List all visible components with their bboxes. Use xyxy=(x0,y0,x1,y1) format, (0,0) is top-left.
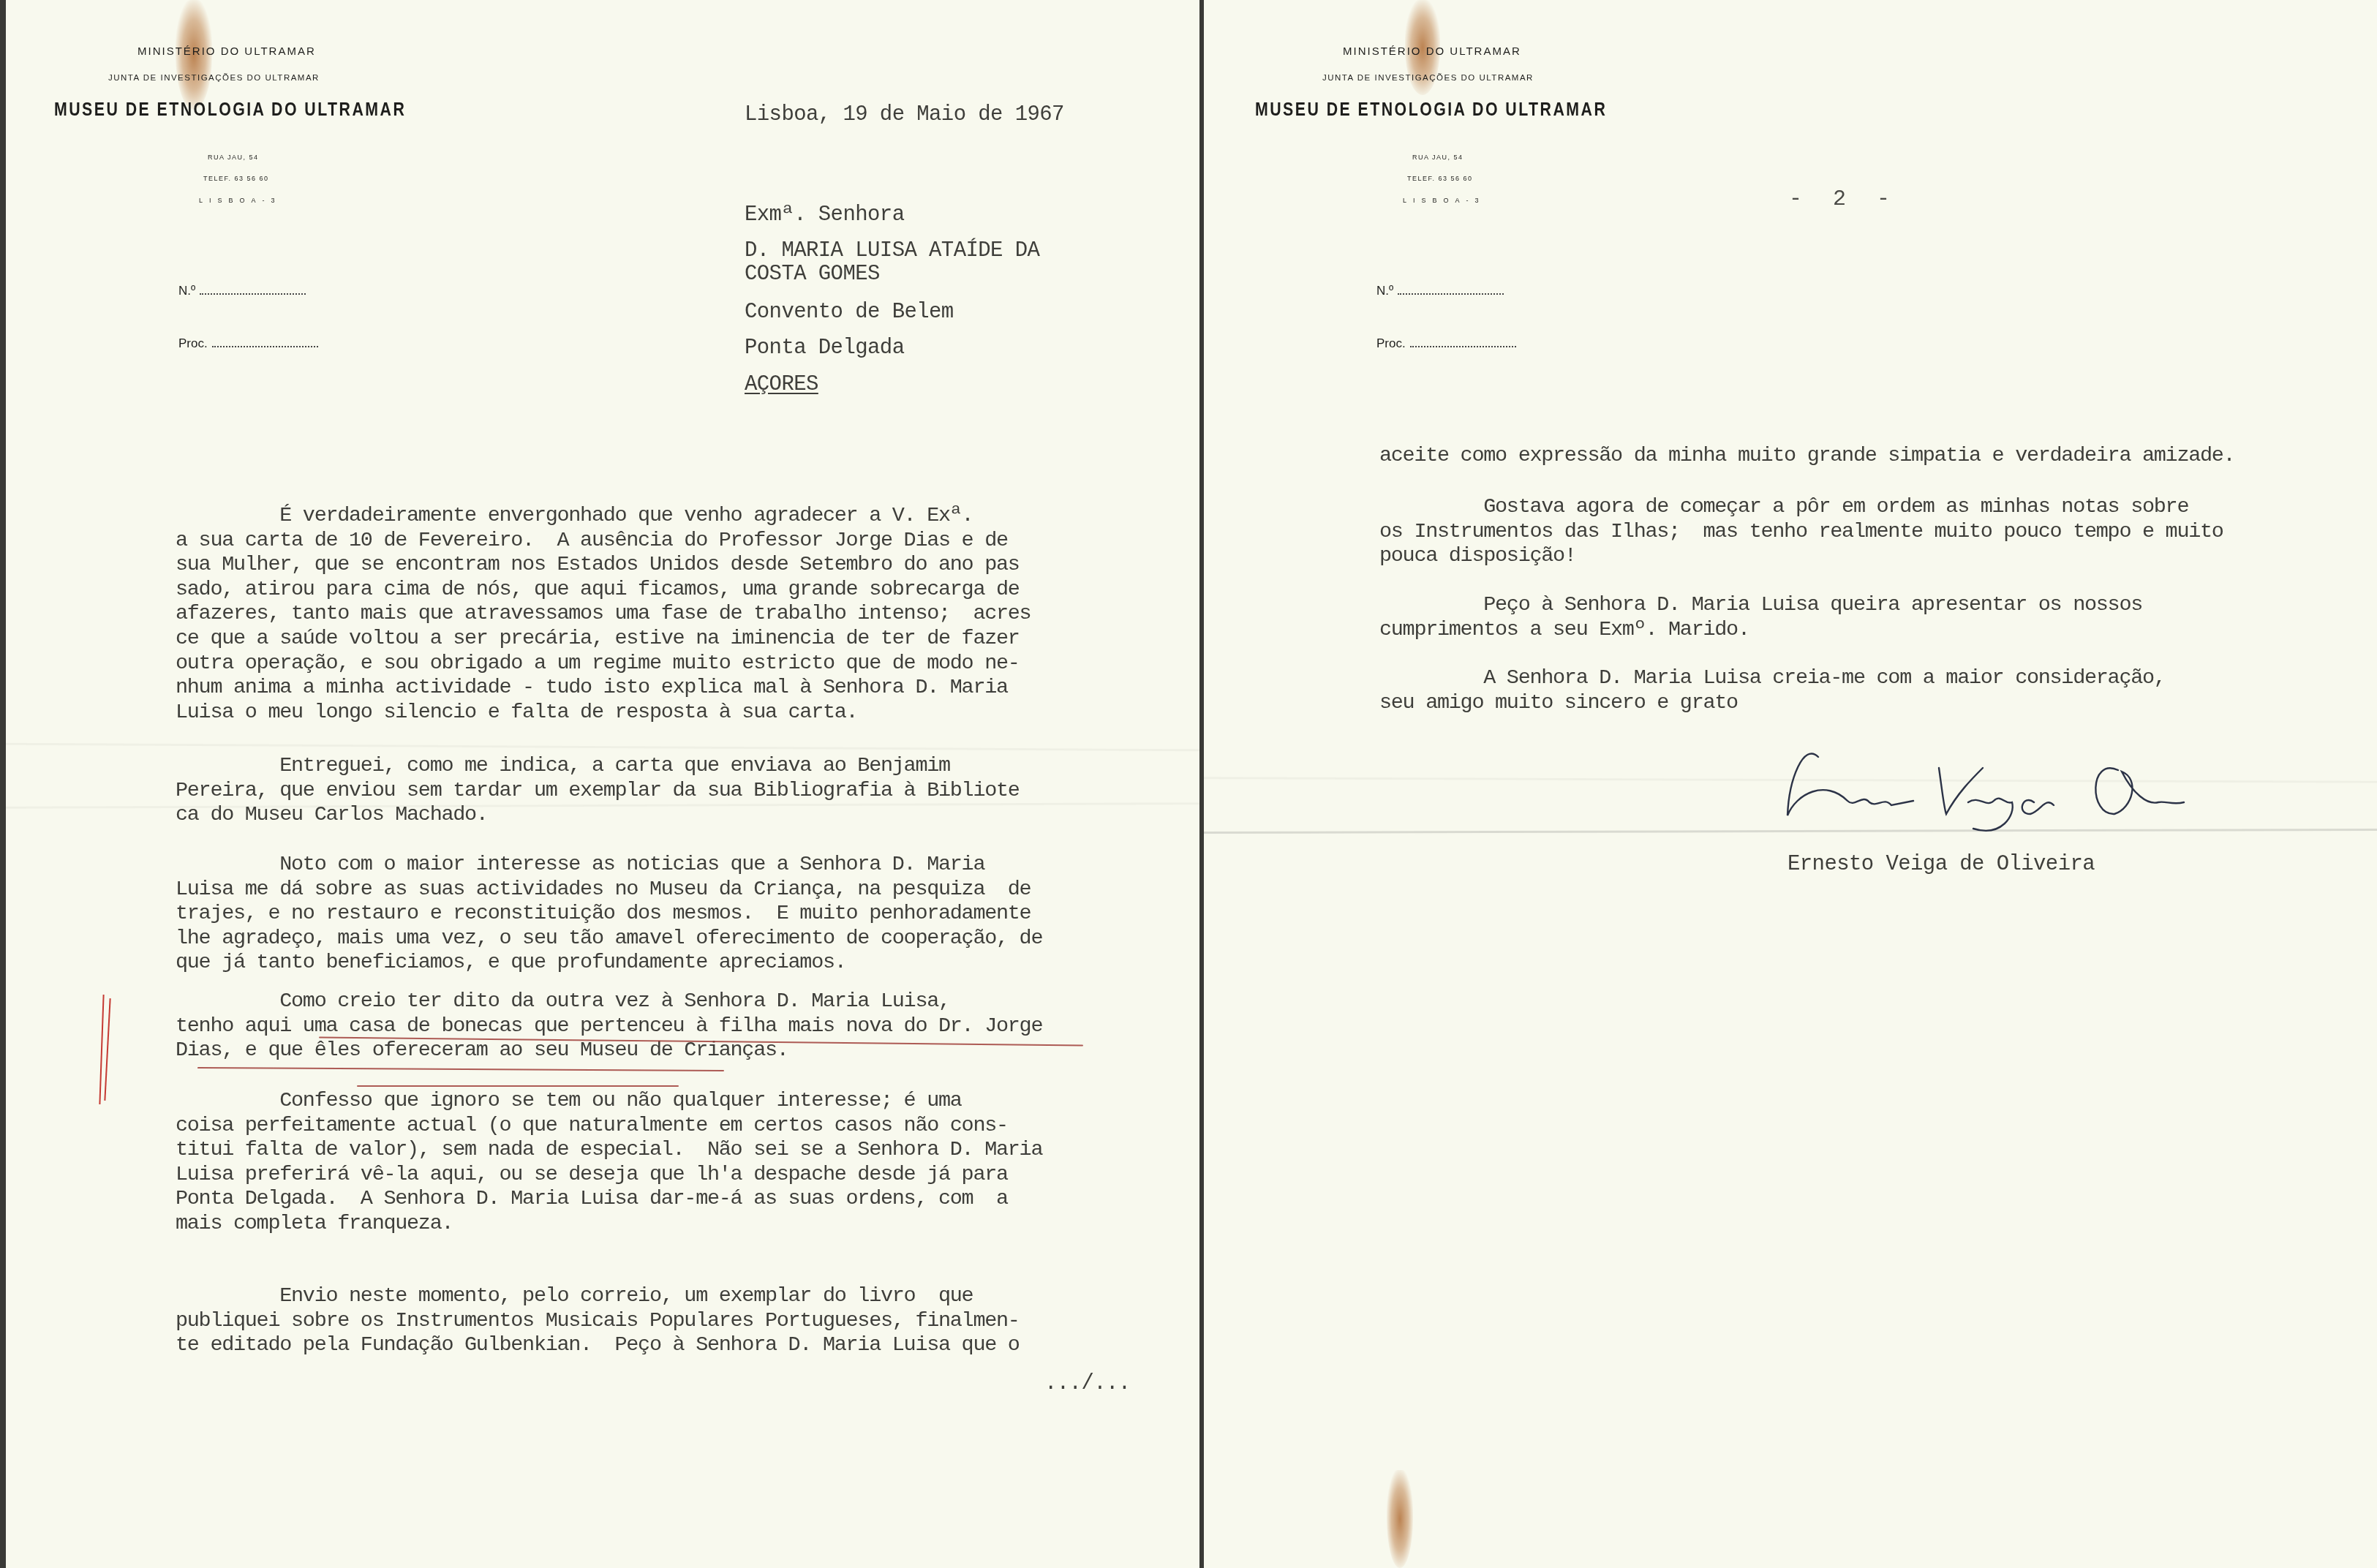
letterhead-phone: TELEF. 63 56 60 xyxy=(203,175,269,182)
rust-stain xyxy=(1387,1470,1413,1568)
recipient-salutation: Exmª. Senhora xyxy=(745,203,904,227)
paragraph-museum-activities: Noto com o maior interesse as noticias q… xyxy=(176,852,1042,975)
signatory-name: Ernesto Veiga de Oliveira xyxy=(1788,852,2095,877)
process-label: Proc. xyxy=(178,336,208,350)
paper-crease xyxy=(6,743,1199,752)
recipient-name-line1: D. MARIA LUISA ATAÍDE DA xyxy=(745,238,1039,263)
continuation-mark: .../... xyxy=(1044,1371,1131,1396)
paragraph-bibliography: Entreguei, como me indica, a carta que e… xyxy=(176,753,1020,827)
letterhead-ministry: MINISTÉRIO DO ULTRAMAR xyxy=(138,45,316,58)
process-label: Proc. xyxy=(1376,336,1406,350)
paragraph-dollhouse-offer: Confesso que ignoro se tem ou não qualqu… xyxy=(176,1088,1042,1236)
paragraph-dollhouse: Como creio ter dito da outra vez à Senho… xyxy=(176,989,1042,1063)
number-blank xyxy=(200,293,306,295)
paragraph-notes-instruments: Gostava agora de começar a pôr em ordem … xyxy=(1379,494,2223,568)
recipient-city: Ponta Delgada xyxy=(745,336,904,361)
red-underline xyxy=(357,1085,679,1087)
red-margin-mark xyxy=(104,998,110,1101)
letterhead-address: RUA JAU, 54 xyxy=(1412,154,1464,161)
number-field: N.º xyxy=(178,284,306,298)
page-number: - 2 - xyxy=(1789,187,1899,212)
letter-page-1: MINISTÉRIO DO ULTRAMAR JUNTA DE INVESTIG… xyxy=(6,0,1199,1568)
recipient-region: AÇORES xyxy=(745,372,818,397)
number-label: N.º xyxy=(1376,284,1393,298)
letterhead-museum: MUSEU DE ETNOLOGIA DO ULTRAMAR xyxy=(54,98,406,121)
letterhead-ministry: MINISTÉRIO DO ULTRAMAR xyxy=(1343,45,1521,58)
recipient-street: Convento de Belem xyxy=(745,300,954,325)
letterhead-junta: JUNTA DE INVESTIGAÇÕES DO ULTRAMAR xyxy=(1322,74,1534,83)
letterhead-address: RUA JAU, 54 xyxy=(208,154,259,161)
paragraph-apology: É verdadeiramente envergonhado que venho… xyxy=(176,503,1031,724)
letter-date: Lisboa, 19 de Maio de 1967 xyxy=(745,102,1064,127)
number-label: N.º xyxy=(178,284,195,298)
number-field: N.º xyxy=(1376,284,1504,298)
letterhead-city: LISBOA-3 xyxy=(199,197,282,204)
handwritten-signature: Ernesto Veiga de Oliveira xyxy=(1782,735,2191,837)
process-field: Proc. xyxy=(178,336,318,351)
paragraph-book: Envio neste momento, pelo correio, um ex… xyxy=(176,1284,1020,1357)
red-margin-mark xyxy=(99,995,104,1104)
process-blank xyxy=(212,345,318,347)
red-underline xyxy=(197,1067,724,1071)
letterhead-city: LISBOA-3 xyxy=(1403,197,1485,204)
process-field: Proc. xyxy=(1376,336,1516,351)
letterhead-museum: MUSEU DE ETNOLOGIA DO ULTRAMAR xyxy=(1255,98,1607,121)
number-blank xyxy=(1398,293,1504,295)
paragraph-greetings-husband: Peço à Senhora D. Maria Luisa queira apr… xyxy=(1379,592,2142,641)
paragraph-valediction: A Senhora D. Maria Luisa creia-me com a … xyxy=(1379,666,2166,715)
paragraph-closing-friendship: aceite como expressão da minha muito gra… xyxy=(1379,443,2234,468)
letterhead-junta: JUNTA DE INVESTIGAÇÕES DO ULTRAMAR xyxy=(108,74,320,83)
process-blank xyxy=(1410,345,1516,347)
letterhead-phone: TELEF. 63 56 60 xyxy=(1407,175,1473,182)
recipient-name-line2: COSTA GOMES xyxy=(745,262,880,287)
letter-page-2: MINISTÉRIO DO ULTRAMAR JUNTA DE INVESTIG… xyxy=(1204,0,2377,1568)
